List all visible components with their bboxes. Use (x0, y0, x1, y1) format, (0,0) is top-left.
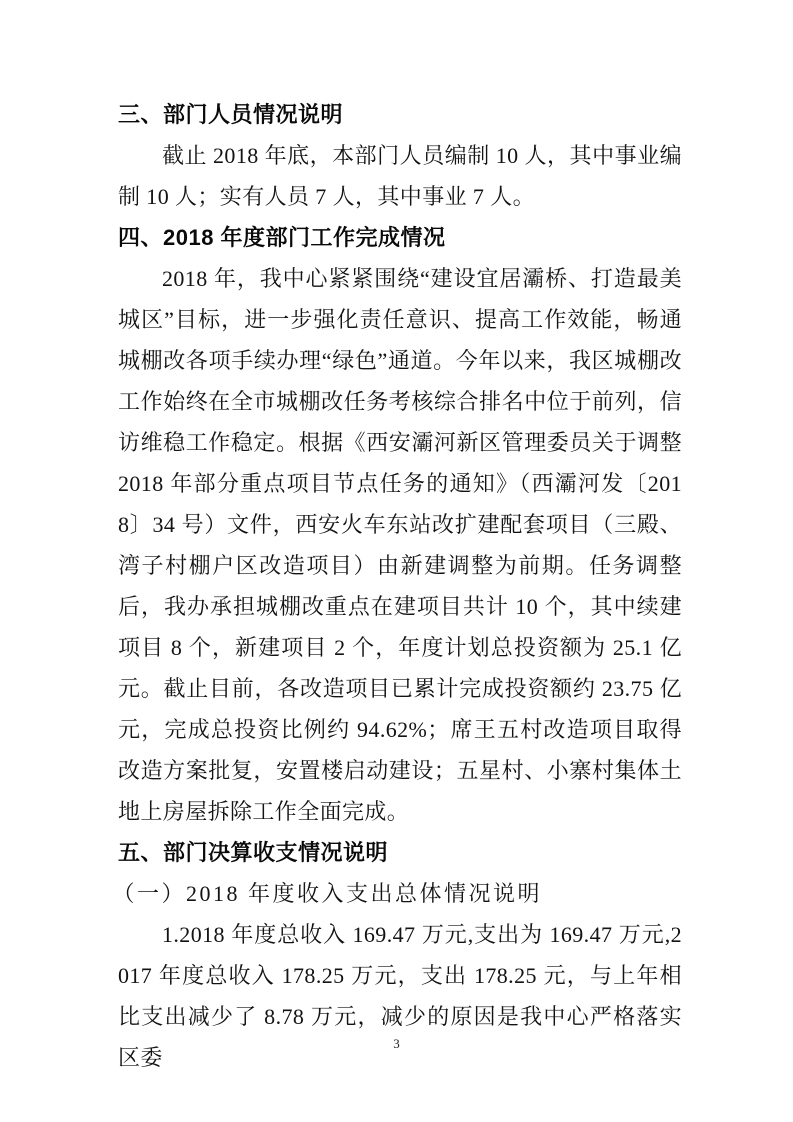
document-page: 三、部门人员情况说明 截止 2018 年底，本部门人员编制 10 人，其中事业编… (0, 0, 793, 1122)
paragraph-work-completion: 2018 年，我中心紧紧围绕“建设宜居灞桥、打造最美城区”目标，进一步强化责任意… (118, 258, 682, 832)
section-heading-work-completion: 四、2018 年度部门工作完成情况 (118, 217, 682, 258)
section-heading-budget: 五、部门决算收支情况说明 (118, 832, 682, 873)
document-content: 三、部门人员情况说明 截止 2018 年底，本部门人员编制 10 人，其中事业编… (118, 94, 682, 1078)
paragraph-personnel: 截止 2018 年底，本部门人员编制 10 人，其中事业编制 10 人；实有人员… (118, 135, 682, 217)
page-number: 3 (0, 1036, 793, 1052)
paragraph-income-expense: 1.2018 年度总收入 169.47 万元,支出为 169.47 万元,201… (118, 914, 682, 1078)
section-heading-personnel: 三、部门人员情况说明 (118, 94, 682, 135)
subsection-heading-income-expense: （一）2018 年度收入支出总体情况说明 (118, 873, 682, 914)
